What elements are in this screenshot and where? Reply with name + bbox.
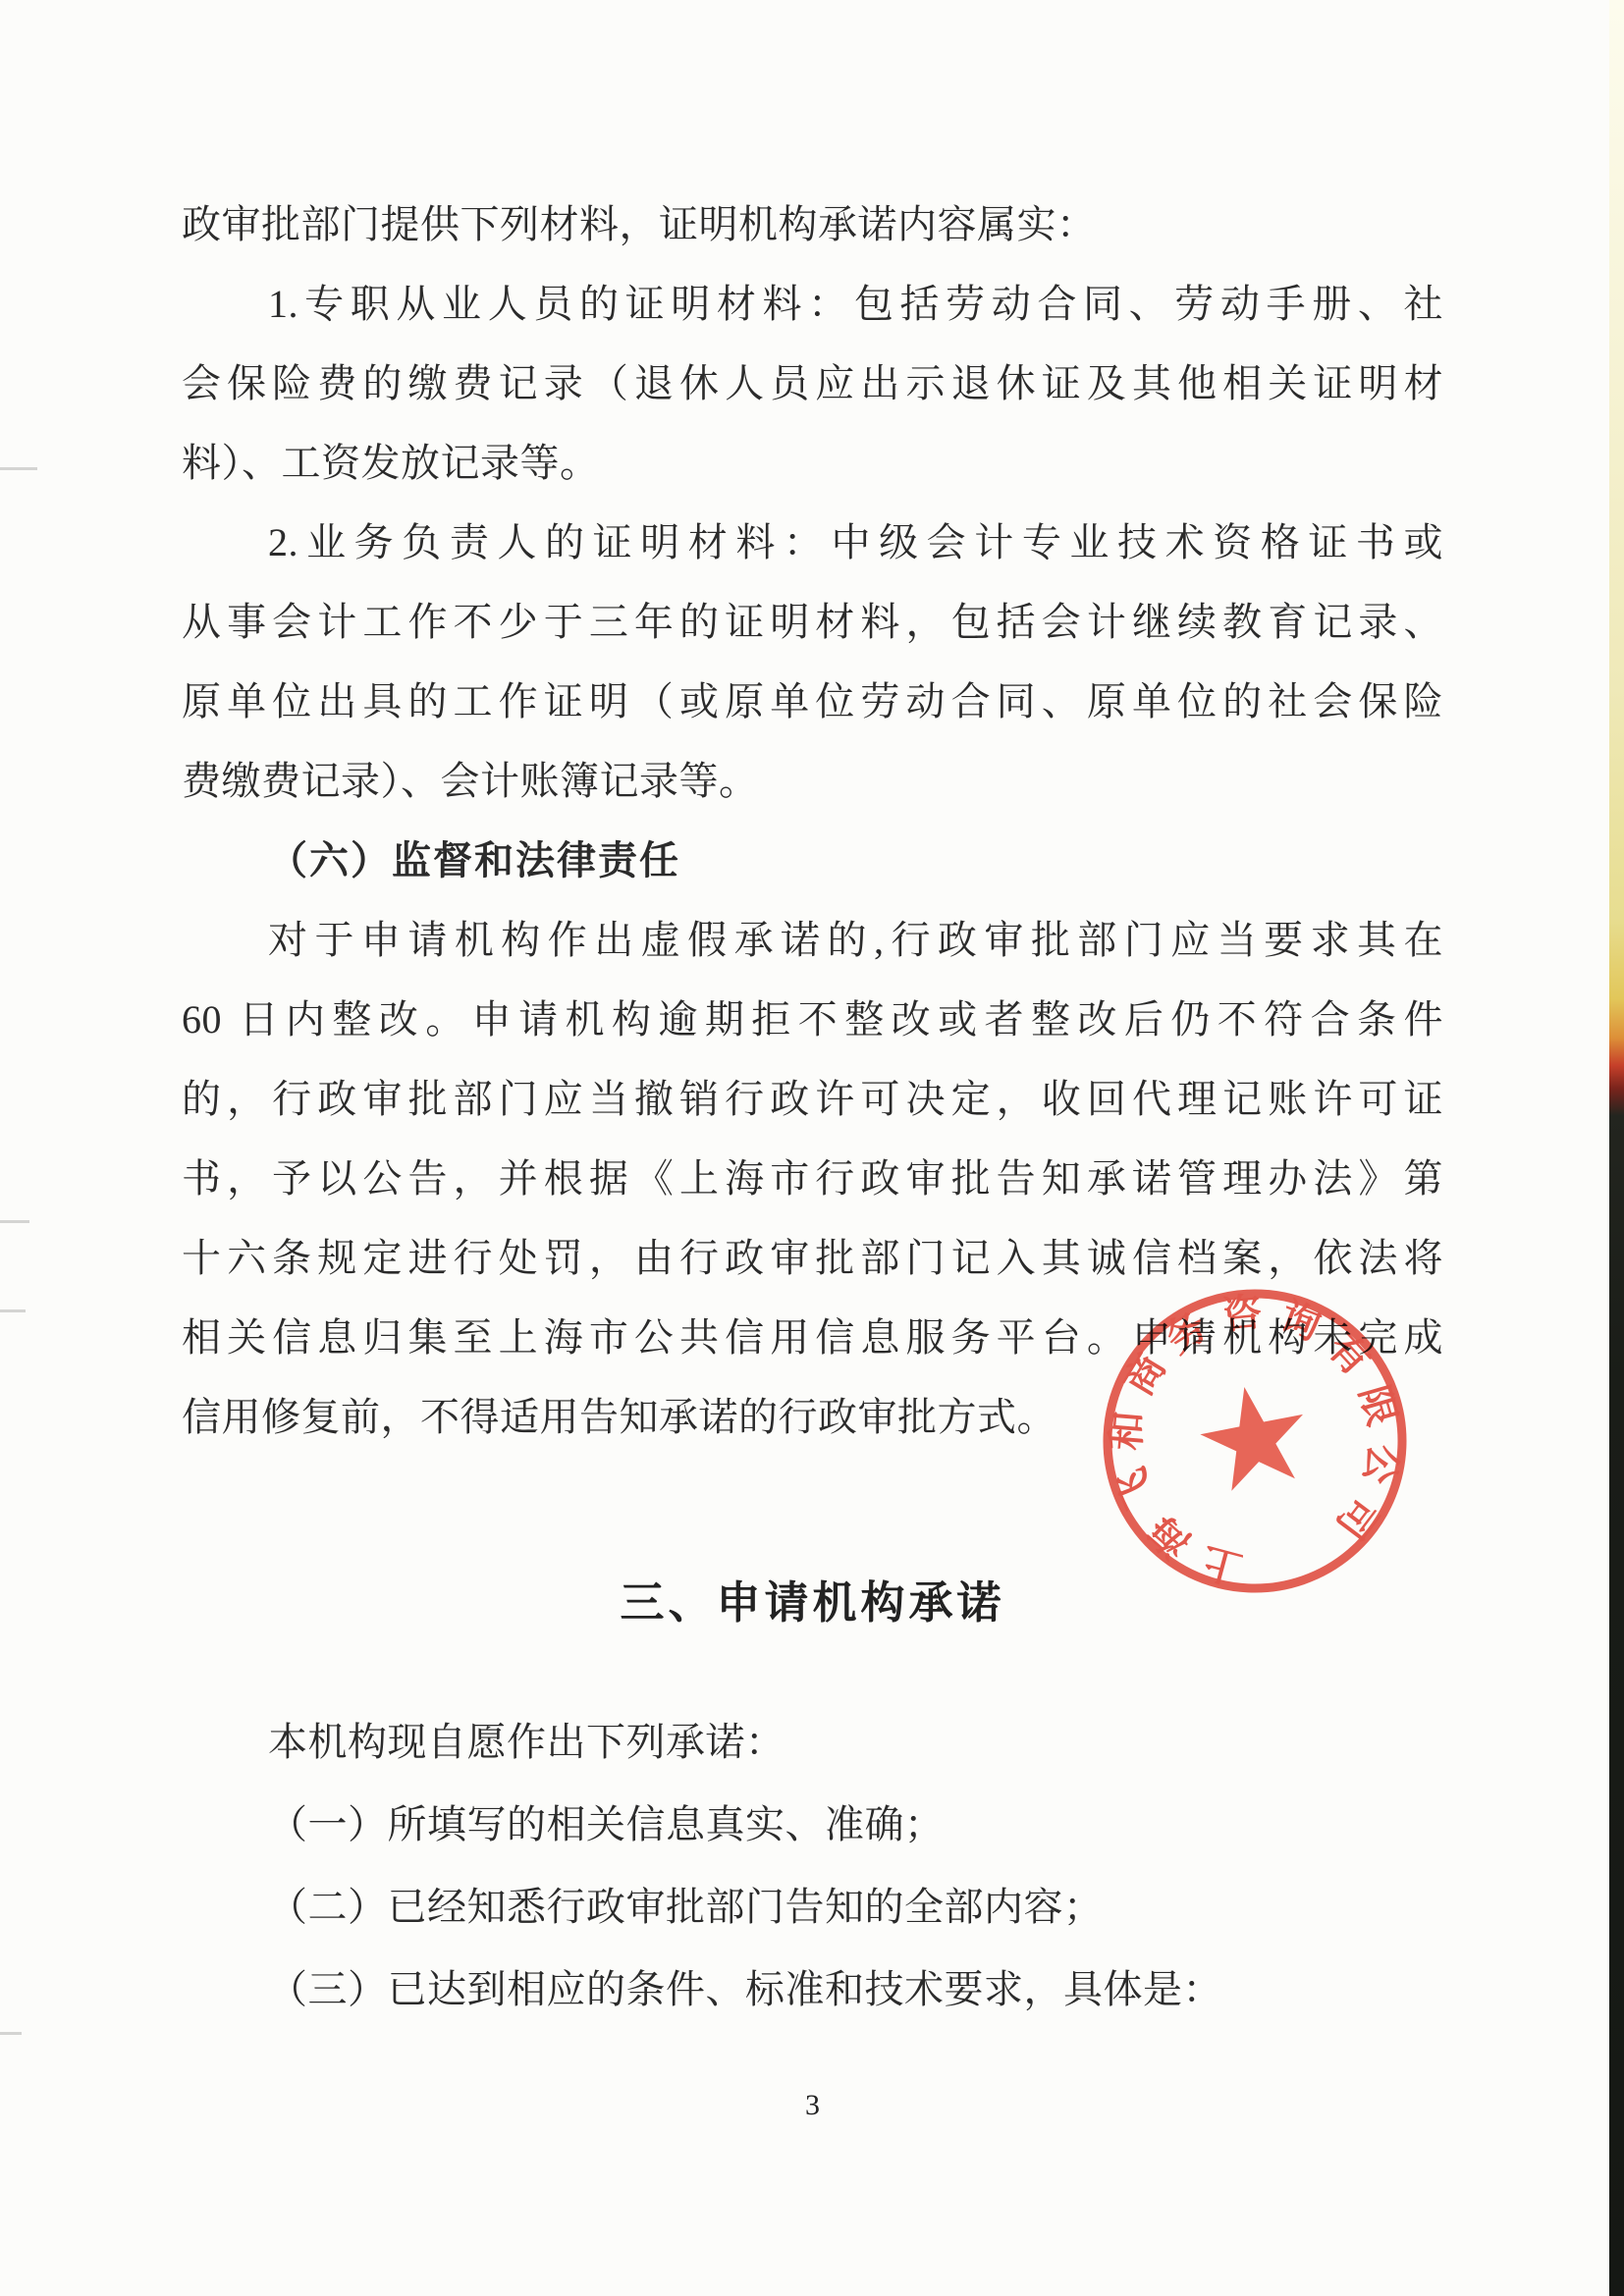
promise-line: （三）已达到相应的条件、标准和技术要求，具体是： xyxy=(182,1949,1443,2031)
scan-artifact xyxy=(0,1309,26,1312)
body-line: 书，予以公告，并根据《上海市行政审批告知承诺管理办法》第 xyxy=(182,1139,1443,1218)
body-line: 的，行政审批部门应当撤销行政许可决定，收回代理记账许可证 xyxy=(182,1059,1443,1139)
star-icon xyxy=(1193,1377,1315,1495)
page-number: 3 xyxy=(182,2089,1443,2122)
svg-text:商: 商 xyxy=(1116,1347,1174,1404)
body-line: 从事会计工作不少于三年的证明材料，包括会计继续教育记录、 xyxy=(182,582,1443,662)
scan-edge-artifact xyxy=(1609,0,1624,2296)
svg-text:公: 公 xyxy=(1356,1441,1407,1488)
body-line: 原单位出具的工作证明（或原单位劳动合同、原单位的社会保险 xyxy=(182,662,1443,741)
promise-line: （二）已经知悉行政审批部门告知的全部内容； xyxy=(182,1866,1443,1949)
body-line: 2.业务负责人的证明材料：中级会计专业技术资格证书或 xyxy=(182,503,1443,582)
body-line: 对于申请机构作出虚假承诺的,行政审批部门应当要求其在 xyxy=(182,900,1443,980)
body-line: 会保险费的缴费记录（退休人员应出示退休证及其他相关证明材 xyxy=(182,344,1443,423)
document-body: 政审批部门提供下列材料，证明机构承诺内容属实： 1.专职从业人员的证明材料：包括… xyxy=(182,185,1443,2031)
svg-text:司: 司 xyxy=(1327,1489,1386,1547)
promise-line: 本机构现自愿作出下列承诺： xyxy=(182,1701,1443,1784)
scan-artifact xyxy=(0,467,37,470)
svg-text:和: 和 xyxy=(1104,1410,1151,1453)
svg-text:咨: 咨 xyxy=(1220,1290,1264,1338)
svg-text:询: 询 xyxy=(1274,1294,1326,1349)
svg-text:有: 有 xyxy=(1320,1325,1379,1384)
body-line: 政审批部门提供下列材料，证明机构承诺内容属实： xyxy=(182,185,1443,264)
scan-artifact xyxy=(0,1220,29,1223)
promise-list: 本机构现自愿作出下列承诺： （一）所填写的相关信息真实、准确； （二）已经知悉行… xyxy=(182,1701,1443,2031)
svg-text:务: 务 xyxy=(1158,1304,1215,1362)
body-line: 60 日内整改。申请机构逾期拒不整改或者整改后仍不符合条件 xyxy=(182,980,1443,1059)
document-page: 政审批部门提供下列材料，证明机构承诺内容属实： 1.专职从业人员的证明材料：包括… xyxy=(0,0,1624,2296)
body-line: 1.专职从业人员的证明材料：包括劳动合同、劳动手册、社 xyxy=(182,264,1443,344)
body-line: 费缴费记录）、会计账簿记录等。 xyxy=(182,741,1443,821)
promise-line: （一）所填写的相关信息真实、准确； xyxy=(182,1784,1443,1866)
scan-artifact xyxy=(0,2032,22,2035)
sub-section-heading: （六）监督和法律责任 xyxy=(182,821,1443,900)
company-seal-stamp: 上海飞和商务咨询有限公司 xyxy=(1088,1274,1422,1608)
svg-text:飞: 飞 xyxy=(1109,1463,1164,1516)
svg-text:海: 海 xyxy=(1141,1508,1200,1567)
body-line: 料）、工资发放记录等。 xyxy=(182,423,1443,503)
